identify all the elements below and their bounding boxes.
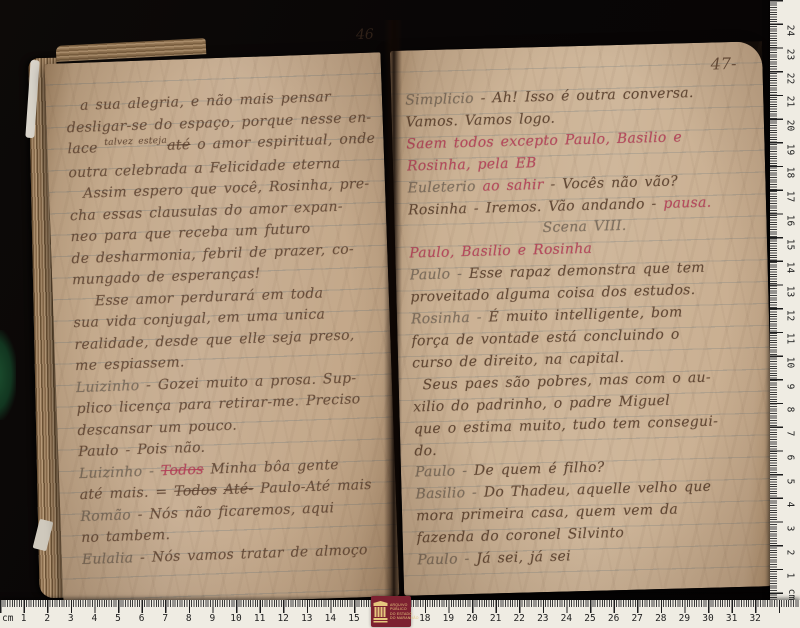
manuscript-segment: Rosinha - Iremos. Vão andando - — [408, 195, 664, 218]
vertical-ruler-number: 15 — [785, 237, 796, 251]
manuscript-segment: Paulo - — [410, 266, 469, 284]
manuscript-segment: Paulo-Até mais — [253, 477, 372, 497]
page-number-left: 46 — [356, 27, 374, 44]
vertical-ruler-number: 17 — [785, 190, 796, 204]
manuscript-segment: do. — [414, 442, 437, 459]
vertical-ruler-number: 14 — [785, 261, 796, 275]
manuscript-segment: no tambem. — [81, 527, 171, 546]
manuscript-segment: Paulo - — [417, 551, 476, 569]
horizontal-ruler-number: 14 — [322, 613, 338, 624]
horizontal-ruler-number: 24 — [558, 613, 574, 624]
vertical-ruler-number: 13 — [785, 284, 796, 298]
manuscript-segment: Luizinho — [76, 377, 140, 395]
vertical-ruler-number: 21 — [785, 95, 796, 109]
manuscript-segment: me espiassem. — [75, 354, 185, 374]
manuscript-segment: Todos — [174, 482, 217, 499]
vertical-ruler: 123456789101112131415161718192021222324 … — [770, 0, 800, 604]
manuscript-segment: Simplicio — [405, 91, 474, 109]
horizontal-ruler-number: 6 — [134, 613, 150, 624]
archive-stamp: ARQUIVOPÚBLICODO ESTADODO MARANHÃO — [371, 596, 411, 627]
horizontal-ruler-number: 9 — [204, 613, 220, 624]
horizontal-ruler-number: 25 — [582, 613, 598, 624]
manuscript-segment: até — [167, 137, 191, 154]
right-page-text: Simplicio - Ah! Isso é outra conversa.Va… — [405, 81, 769, 572]
vertical-ruler-number: 9 — [785, 379, 796, 393]
manuscript-segment: Do Thadeu, aquelle velho que — [484, 479, 712, 501]
manuscript-segment: lace — [67, 140, 104, 157]
horizontal-ruler-number: 19 — [440, 613, 456, 624]
horizontal-ruler-number: 1 — [16, 613, 32, 624]
manuscript-segment: ao sahir — [482, 177, 544, 195]
horizontal-ruler-number: 28 — [653, 613, 669, 624]
vertical-ruler-number: 20 — [785, 119, 796, 133]
manuscript-segment: De quem é filho? — [474, 460, 605, 479]
horizontal-ruler-number: 32 — [747, 613, 763, 624]
horizontal-ruler-number: 30 — [700, 613, 716, 624]
manuscript-segment: Romão — [80, 507, 131, 525]
manuscript-segment: Esse rapaz demonstra que tem — [469, 260, 705, 282]
archive-stamp-text-line: DO MARANHÃO — [390, 616, 419, 620]
horizontal-ruler-number: 11 — [252, 613, 268, 624]
manuscript-segment: Todos — [161, 461, 204, 478]
manuscript-segment: Rosinha - — [411, 310, 489, 328]
vertical-ruler-cm-ticks — [770, 0, 783, 604]
manuscript-segment: Paulo - Pois não. — [78, 440, 206, 460]
manuscript-segment: pausa. — [663, 194, 712, 211]
manuscript-segment: Luizinho - — [79, 463, 162, 482]
manuscript-segment: É muito intelligente, bom — [488, 304, 682, 325]
vertical-ruler-number: 22 — [785, 71, 796, 85]
archive-stamp-text: ARQUIVOPÚBLICODO ESTADODO MARANHÃO — [390, 603, 419, 620]
manuscript-segment: - Ah! Isso é outra conversa. — [474, 85, 694, 107]
manuscript-segment: Eulalia — [82, 550, 134, 568]
manuscript-segment: fazenda do coronel Silvinto — [416, 525, 624, 546]
manuscript-segment: proveitado alguma coisa dos estudos. — [410, 282, 695, 305]
vertical-ruler-number: 12 — [785, 308, 796, 322]
vertical-ruler-number: 4 — [785, 498, 796, 512]
horizontal-ruler-number: 31 — [724, 613, 740, 624]
horizontal-ruler-number: 12 — [275, 613, 291, 624]
vertical-ruler-number: 10 — [785, 356, 796, 370]
manuscript-segment: curso de direito, na capital. — [412, 350, 625, 372]
vertical-ruler-number: 16 — [785, 213, 796, 227]
horizontal-ruler-number: 8 — [181, 613, 197, 624]
manuscript-segment: Basilio - — [415, 485, 484, 503]
horizontal-ruler-number: 10 — [228, 613, 244, 624]
horizontal-ruler-number: 15 — [346, 613, 362, 624]
vertical-ruler-number: 19 — [785, 142, 796, 156]
manuscript-segment: Scena VIII. — [542, 218, 626, 236]
vertical-ruler-number: 7 — [785, 427, 796, 441]
horizontal-ruler-number: 7 — [157, 613, 173, 624]
horizontal-ruler-number: 29 — [676, 613, 692, 624]
vertical-ruler-number: 11 — [785, 332, 796, 346]
horizontal-ruler-unit-label: cm — [2, 613, 13, 624]
book-gutter-shadow — [384, 20, 402, 600]
manuscript-segment: Vamos. Vamos logo. — [406, 111, 556, 131]
manuscript-segment: xilio do padrinho, o padre Miguel — [413, 392, 670, 415]
manuscript-segment: mungado de esperanças! — [72, 266, 261, 289]
manuscript-segment: o amor espiritual, onde se — [190, 130, 378, 153]
vertical-ruler-number: 1 — [785, 569, 796, 583]
vertical-ruler-number: 5 — [785, 474, 796, 488]
horizontal-ruler-number: 21 — [488, 613, 504, 624]
manuscript-segment: Paulo - — [415, 463, 474, 481]
green-cloth-left — [0, 330, 16, 420]
manuscript-segment: talvez esteja — [104, 136, 167, 148]
horizontal-ruler-number: 20 — [464, 613, 480, 624]
manuscript-segment: Até- — [224, 481, 254, 498]
horizontal-ruler-number: 13 — [299, 613, 315, 624]
horizontal-ruler-number: 5 — [110, 613, 126, 624]
left-page-text: a sua alegria, e não mais pensardesligar… — [66, 85, 392, 571]
vertical-ruler-number: 24 — [785, 24, 796, 38]
manuscript-segment: Já sei, já sei — [476, 548, 571, 566]
vertical-ruler-number: 8 — [785, 403, 796, 417]
horizontal-ruler-number: 2 — [39, 613, 55, 624]
manuscript-segment: até mais. = — [79, 484, 174, 503]
manuscript-segment: Paulo, Basilio e Rosinha — [409, 241, 592, 262]
manuscript-segment: - Vocês não vão? — [544, 173, 679, 193]
vertical-ruler-number: 6 — [785, 450, 796, 464]
manuscript-segment: Saem todos excepto Paulo, Basilio e — [406, 129, 682, 152]
left-page: 46 a sua alegria, e não mais pensardesli… — [45, 52, 400, 607]
horizontal-ruler-number: 4 — [86, 613, 102, 624]
archive-building-icon — [373, 601, 388, 623]
manuscript-segment: Euleterio — [407, 178, 482, 196]
horizontal-ruler-number: 3 — [63, 613, 79, 624]
manuscript-segment: Rosinha, pela EB — [407, 155, 537, 174]
manuscript-segment: Minha bôa gente — [203, 457, 339, 478]
archive-photograph: 46 a sua alegria, e não mais pensardesli… — [0, 0, 800, 628]
horizontal-ruler-number: 18 — [417, 613, 433, 624]
page-number-right: 47- — [710, 54, 736, 74]
horizontal-ruler-number: 26 — [606, 613, 622, 624]
vertical-ruler-number: 18 — [785, 166, 796, 180]
vertical-ruler-number: 3 — [785, 521, 796, 535]
vertical-ruler-unit-label: cm — [786, 589, 797, 600]
right-page: 47- Simplicio - Ah! Isso é outra convers… — [390, 41, 776, 596]
horizontal-ruler-number: 23 — [535, 613, 551, 624]
horizontal-ruler-number: 27 — [629, 613, 645, 624]
horizontal-ruler-number: 22 — [511, 613, 527, 624]
vertical-ruler-number: 23 — [785, 47, 796, 61]
vertical-ruler-number: 2 — [785, 545, 796, 559]
manuscript-segment: descansar um pouco. — [77, 417, 237, 439]
manuscript-segment: força de vontade está concluindo o — [411, 326, 679, 349]
manuscript-segment: mora primeira casa, quem vem da — [416, 502, 678, 525]
